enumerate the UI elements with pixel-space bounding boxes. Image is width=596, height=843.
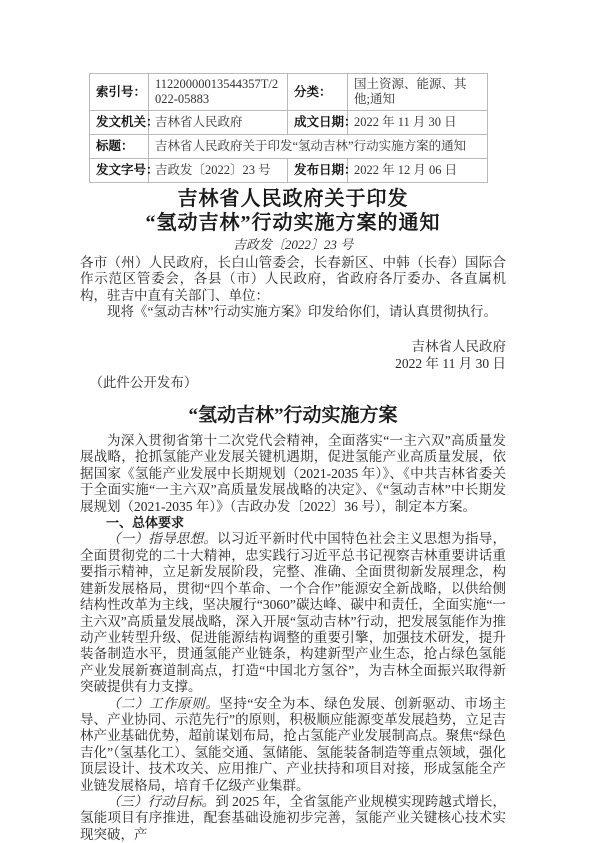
section-heading-1: 一、总体要求 [80, 515, 506, 531]
meta-row-title: 标题： 吉林省人民政府关于印发“氢动吉林”行动实施方案的通知 [90, 135, 488, 159]
meta-row-doc-number: 发文字号： 吉政发〔2022〕23 号 发布日期： 2022 年 12 月 06… [90, 159, 488, 183]
meta-value-category: 国土资源、能源、其他;通知 [348, 74, 488, 111]
plan-intro: 为深入贯彻省第十二次党代会精神，全面落实“一主六双”高质量发展战略，抢抓氢能产业… [80, 433, 506, 515]
meta-value-publish-date: 2022 年 12 月 06 日 [348, 159, 488, 183]
meta-label-category: 分类： [288, 74, 348, 111]
plan-item-1-text: 以习近平新时代中国特色社会主义思想为指导，全面贯彻党的二十大精神，忠实践行习近平… [80, 531, 506, 694]
signature-block: 吉林省人民政府 2022 年 11 月 30 日 [80, 338, 506, 372]
doc-number: 吉政发〔2022〕23 号 [80, 237, 506, 253]
meta-label-doc-number: 发文字号： [90, 159, 149, 183]
plan-item-3-lead: （三）行动目标。 [107, 794, 215, 809]
salutation: 各市（州）人民政府，长白山管委会，长春新区、中韩（长春）国际合作示范区管委会，各… [80, 255, 506, 304]
meta-value-agency: 吉林省人民政府 [149, 111, 288, 135]
meta-label-written-date: 成文日期： [288, 111, 348, 135]
meta-label-publish-date: 发布日期： [288, 159, 348, 183]
meta-value-index: 11220000013544357T/2022-05883 [149, 74, 288, 111]
notice-title-line1: 吉林省人民政府关于印发 [178, 188, 409, 210]
public-release-note: （此件公开发布） [80, 375, 506, 391]
notice-body: 各市（州）人民政府，长白山管委会，长春新区、中韩（长春）国际合作示范区管委会，各… [80, 255, 506, 391]
meta-value-title: 吉林省人民政府关于印发“氢动吉林”行动实施方案的通知 [149, 135, 488, 159]
meta-row-index: 索引号： 11220000013544357T/2022-05883 分类： 国… [90, 74, 488, 111]
document-meta-table: 索引号： 11220000013544357T/2022-05883 分类： 国… [89, 73, 488, 183]
plan-item-1-lead: （一）指导思想。 [107, 531, 217, 546]
sign-date: 2022 年 11 月 30 日 [80, 355, 506, 372]
notice-title-line2: “氢动吉林”行动实施方案的通知 [146, 212, 441, 234]
plan-title: “氢动吉林”行动实施方案 [80, 405, 506, 427]
plan-item-2: （二）工作原则。坚持“安全为本、绿色发展、创新驱动、市场主导、产业协同、示范先行… [80, 696, 506, 794]
meta-label-index: 索引号： [90, 74, 149, 111]
plan-body: 为深入贯彻省第十二次党代会精神，全面落实“一主六双”高质量发展战略，抢抓氢能产业… [80, 433, 506, 843]
meta-row-agency: 发文机关： 吉林省人民政府 成文日期： 2022 年 11 月 30 日 [90, 111, 488, 135]
signer: 吉林省人民政府 [80, 338, 506, 355]
meta-label-agency: 发文机关： [90, 111, 149, 135]
plan-item-1: （一）指导思想。以习近平新时代中国特色社会主义思想为指导，全面贯彻党的二十大精神… [80, 531, 506, 695]
plan-item-3: （三）行动目标。到 2025 年，全省氢能产业规模实现跨越式增长，氢能项目有序推… [80, 794, 506, 843]
meta-value-doc-number: 吉政发〔2022〕23 号 [149, 159, 288, 183]
meta-value-written-date: 2022 年 11 月 30 日 [348, 111, 488, 135]
meta-label-title: 标题： [90, 135, 149, 159]
document-page: 索引号： 11220000013544357T/2022-05883 分类： 国… [0, 0, 596, 843]
plan-item-2-lead: （二）工作原则。 [107, 696, 219, 711]
notice-transmittal: 现将《“氢动吉林”行动实施方案》印发给你们，请认真贯彻执行。 [80, 304, 506, 320]
notice-title: 吉林省人民政府关于印发 “氢动吉林”行动实施方案的通知 [80, 187, 506, 235]
